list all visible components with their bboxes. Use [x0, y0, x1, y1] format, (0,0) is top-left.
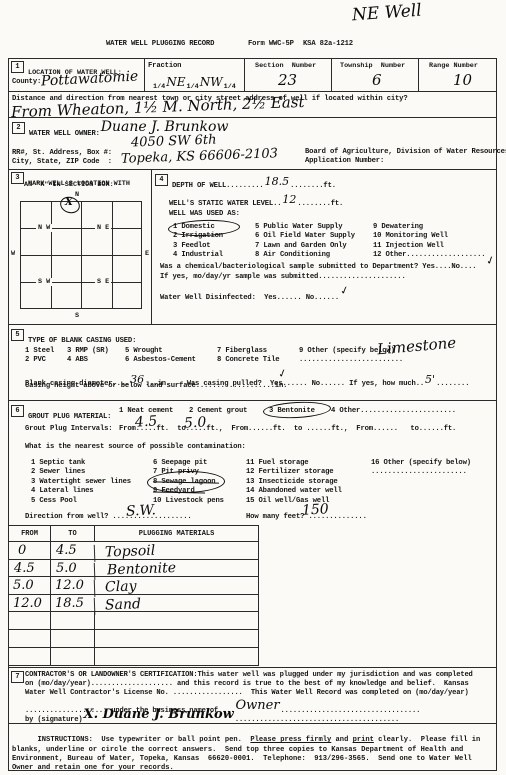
section1-numbox: 1	[11, 61, 24, 73]
section3-map-box: 3MARK WELL'S LOCATION WITH AN "X" IN SEC…	[8, 169, 152, 325]
compass-west-label: W	[11, 250, 15, 258]
use-option: 3 Feedlot	[173, 242, 223, 251]
compass-east-label: E	[145, 250, 149, 258]
cell-material	[94, 648, 258, 666]
use-option: 12 Other...................	[373, 251, 485, 260]
instructions-text: INSTRUCTIONS: Use typewriter or ball poi…	[38, 736, 251, 744]
uses-column-2: 5 Public Water Supply 6 Oil Field Water …	[255, 223, 355, 261]
domestic-circle-annotation	[168, 219, 241, 238]
table-row	[9, 612, 258, 630]
depth-suffix: ........ft.	[290, 182, 336, 190]
section-number-label: Section Number	[255, 62, 316, 70]
section3-label-line2: AN "X" IN SECTION BOX:	[24, 181, 114, 189]
direction-value: S.W.	[126, 502, 157, 520]
contamination-column-3: 11 Fuel storage 12 Fertilizer storage 13…	[246, 459, 342, 506]
contamination-option: 13 Insecticide storage	[246, 478, 342, 487]
table-header-materials: PLUGGING MATERIALS	[94, 526, 258, 541]
casing-pulled-amount: 5'	[425, 377, 435, 383]
casing-option: 8 Concrete Tile	[217, 356, 279, 365]
cell-to: 18.5	[50, 595, 94, 612]
grout-intervals-line: From.....ft. to.....ft., From......ft. t…	[119, 425, 456, 434]
casing-option: 2 PVC	[25, 356, 46, 365]
fraction-quarter-2: 1/4	[187, 83, 199, 91]
static-level-value: 12	[282, 197, 296, 203]
well-used-as-label: WELL WAS USED AS:	[169, 210, 240, 219]
disinfected-line: Water Well Disinfected: Yes...... No....…	[160, 294, 339, 303]
cell-to: 4.5	[50, 542, 94, 559]
interval-from-value: 4.5	[134, 413, 157, 431]
scanned-form-water-well-plugging-record: NE Well WATER WELL PLUGGING RECORD Form …	[0, 0, 506, 775]
table-header-from: FROM	[9, 526, 50, 541]
table-row: 12.0 18.5 Sand	[9, 595, 258, 613]
use-option: 7 Lawn and Garden Only	[255, 242, 355, 251]
casing-pulled-dots: ........	[436, 380, 469, 388]
casing-option: 5 Wrought	[125, 347, 162, 356]
certification-line-2: on (mo/day/year).................... and…	[25, 680, 497, 689]
cell-from: 4.5	[9, 560, 50, 577]
contamination-option: 4 Lateral lines	[31, 487, 131, 496]
static-level-label: WELL'S STATIC WATER LEVEL..	[169, 200, 281, 208]
grid-label-nw: N W	[36, 224, 52, 232]
address-value: 4050 SW 6th	[131, 133, 217, 151]
section1-location-row: 1LOCATION OF WATER WELL: County: Pottawa…	[8, 58, 497, 92]
use-option: 6 Oil Field Water Supply	[255, 232, 355, 241]
owner-label: WATER WELL OWNER:	[29, 130, 100, 138]
cell-to: 12.0	[50, 577, 94, 594]
use-option: 10 Monitoring Well	[373, 232, 485, 241]
contamination-column-4: 16 Other (specify below) ...............…	[371, 459, 471, 478]
instructions-box: INSTRUCTIONS: Use typewriter or ball poi…	[8, 723, 497, 771]
feet-value: 150	[302, 501, 330, 518]
contamination-option: 12 Fertilizer storage	[246, 468, 342, 477]
fraction-label: Fraction	[148, 62, 181, 71]
section6-label: GROUT PLUG MATERIAL:	[28, 413, 111, 421]
table-row	[9, 648, 258, 666]
cell-to	[50, 648, 94, 666]
contamination-option: 5 Cess Pool	[31, 497, 131, 506]
casing-option: 1 Steel	[25, 347, 54, 356]
table-header-to: TO	[50, 526, 94, 541]
sample-if-yes-line: If yes, mo/day/yr sample was submitted..…	[160, 273, 406, 282]
section2-numbox: 2	[12, 122, 25, 134]
contamination-column-1: 1 Septic tank 2 Sewer lines 3 Watertight…	[31, 459, 131, 506]
section5-label: TYPE OF BLANK CASING USED:	[28, 337, 136, 345]
contamination-option: 3 Watertight sewer lines	[31, 478, 131, 487]
section-grid: N W N E S W S E	[20, 201, 142, 309]
fraction-quarter-3: 1/4	[224, 83, 236, 91]
cell-to	[50, 612, 94, 629]
signature-value: X. Duane J. Brunkow	[84, 712, 234, 718]
grout-material-option: 4 Other.......................	[331, 407, 456, 416]
owner-name-value: Duane J. Brunkow	[101, 124, 229, 130]
section7-certification-box: 7 CONTRACTOR'S OR LANDOWNER'S CERTIFICAT…	[8, 667, 497, 724]
interval-to-value: 5.0	[184, 414, 207, 431]
address-label: RR#, St. Address, Box #:	[12, 149, 112, 158]
township-number-value: 6	[372, 71, 382, 89]
contamination-option: 14 Abandoned water well	[246, 487, 342, 496]
use-option: 5 Public Water Supply	[255, 223, 355, 232]
direction-from-well-line: Direction from well? ...................	[25, 513, 192, 522]
form-title: WATER WELL PLUGGING RECORD	[106, 40, 214, 49]
compass-south-label: S	[75, 312, 79, 320]
use-option: 4 Industrial	[173, 251, 223, 260]
section6-numbox: 6	[11, 405, 24, 417]
uses-column-3: 9 Dewatering 10 Monitoring Well 11 Injec…	[373, 223, 485, 261]
cell-from	[9, 612, 50, 629]
application-number-label: Application Number:	[305, 157, 384, 166]
cell-material	[94, 630, 258, 647]
instructions-text: and	[331, 736, 352, 744]
section7-numbox: 7	[11, 671, 24, 683]
grid-label-ne: N E	[95, 224, 111, 232]
sample-question: Was a chemical/bacteriological sample su…	[160, 263, 476, 272]
cell-to	[50, 630, 94, 647]
section-number-value: 23	[278, 71, 297, 89]
form-number: Form WWC-5P	[248, 40, 294, 49]
cell-from: 5.0	[9, 577, 50, 594]
casing-option: 6 Asbestos-Cement	[125, 356, 196, 365]
distance-row: Distance and direction from nearest town…	[8, 91, 497, 118]
cell-from: 12.0	[9, 595, 50, 612]
section3-numbox: 3	[11, 172, 24, 184]
instructions-underlined-print: print	[353, 736, 374, 744]
city-label: City, State, ZIP Code :	[12, 158, 112, 167]
table-row	[9, 630, 258, 648]
fraction-handwritten-nw: NW	[200, 79, 223, 85]
contamination-option: 16 Other (specify below)	[371, 459, 471, 468]
fraction-handwritten-ne: NE	[166, 79, 185, 85]
casing-option: 7 Fiberglass	[217, 347, 267, 356]
contamination-option: 2 Sewer lines	[31, 468, 131, 477]
casing-option: 3 RMP (SR)	[67, 347, 109, 356]
section6-grout-box: 6GROUT PLUG MATERIAL: 1 Neat cement 2 Ce…	[8, 400, 497, 668]
cell-from: 0	[9, 542, 50, 559]
use-option: 8 Air Conditioning	[255, 251, 355, 260]
range-number-value: 10	[453, 71, 472, 89]
contamination-option: 1 Septic tank	[31, 459, 131, 468]
well-location-x-mark: X	[65, 197, 73, 208]
casing-height-line: Casing height above or below land surfac…	[25, 382, 287, 391]
contamination-other-dots: .......................	[371, 468, 471, 477]
grid-label-se: S E	[95, 278, 111, 286]
depth-label: DEPTH OF WELL.........	[172, 182, 264, 190]
county-label: County:	[12, 78, 41, 87]
table-row: 0 4.5 Topsoil	[9, 542, 258, 560]
form-statute: KSA 82a-1212	[303, 40, 353, 49]
compass-north-label: N	[75, 191, 79, 199]
casing-option: 4 ABS	[67, 356, 88, 365]
contamination-question: What is the nearest source of possible c…	[25, 443, 246, 452]
cell-material	[94, 612, 258, 629]
handwritten-note-ne-well: NE Well	[351, 1, 422, 26]
cell-from	[9, 648, 50, 666]
checkmark-icon: ✓	[339, 283, 351, 298]
section2-owner-row: 2WATER WELL OWNER:Duane J. Brunkow 4050 …	[8, 117, 497, 170]
use-option: 9 Dewatering	[373, 223, 485, 232]
section5-numbox: 5	[11, 329, 24, 341]
use-option: 11 Injection Well	[373, 242, 485, 251]
casing-other-value: Limestone	[376, 334, 456, 359]
static-level-suffix: ........ft.	[297, 200, 343, 208]
instructions-underlined-press-firmly: Please press firmly	[250, 736, 331, 744]
range-number-label: Range Number	[429, 62, 478, 70]
contamination-option: 6 Seepage pit	[153, 459, 224, 468]
section5-casing-box: 5TYPE OF BLANK CASING USED: 1 Steel 3 RM…	[8, 324, 497, 401]
cell-to: 5.0	[50, 560, 94, 577]
grout-intervals-label: Grout Plug Intervals:	[25, 425, 112, 434]
checkmark-icon: ✓	[484, 253, 497, 268]
fraction-quarter-1: 1/4	[153, 83, 165, 91]
certification-line-1: CONTRACTOR'S OR LANDOWNER'S CERTIFICATIO…	[25, 671, 497, 680]
contamination-option: 10 Livestock pens	[153, 497, 224, 506]
plugging-materials-table: FROM TO PLUGGING MATERIALS 0 4.5 Topsoil…	[8, 525, 259, 666]
grid-label-sw: S W	[36, 278, 52, 286]
section4-depth-box: 4DEPTH OF WELL.........18.5........ft. W…	[151, 169, 497, 325]
section4-numbox: 4	[155, 174, 168, 186]
business-name-value: Owner	[235, 703, 279, 709]
agency-label: Board of Agriculture, Division of Water …	[305, 148, 506, 157]
depth-value: 18.5	[265, 179, 290, 185]
bentonite-circle-annotation	[263, 400, 332, 420]
contamination-option: 11 Fuel storage	[246, 459, 342, 468]
cell-from	[9, 630, 50, 647]
township-number-label: Township Number	[340, 62, 405, 70]
table-row: 5.0 12.0 Clay	[9, 577, 258, 595]
